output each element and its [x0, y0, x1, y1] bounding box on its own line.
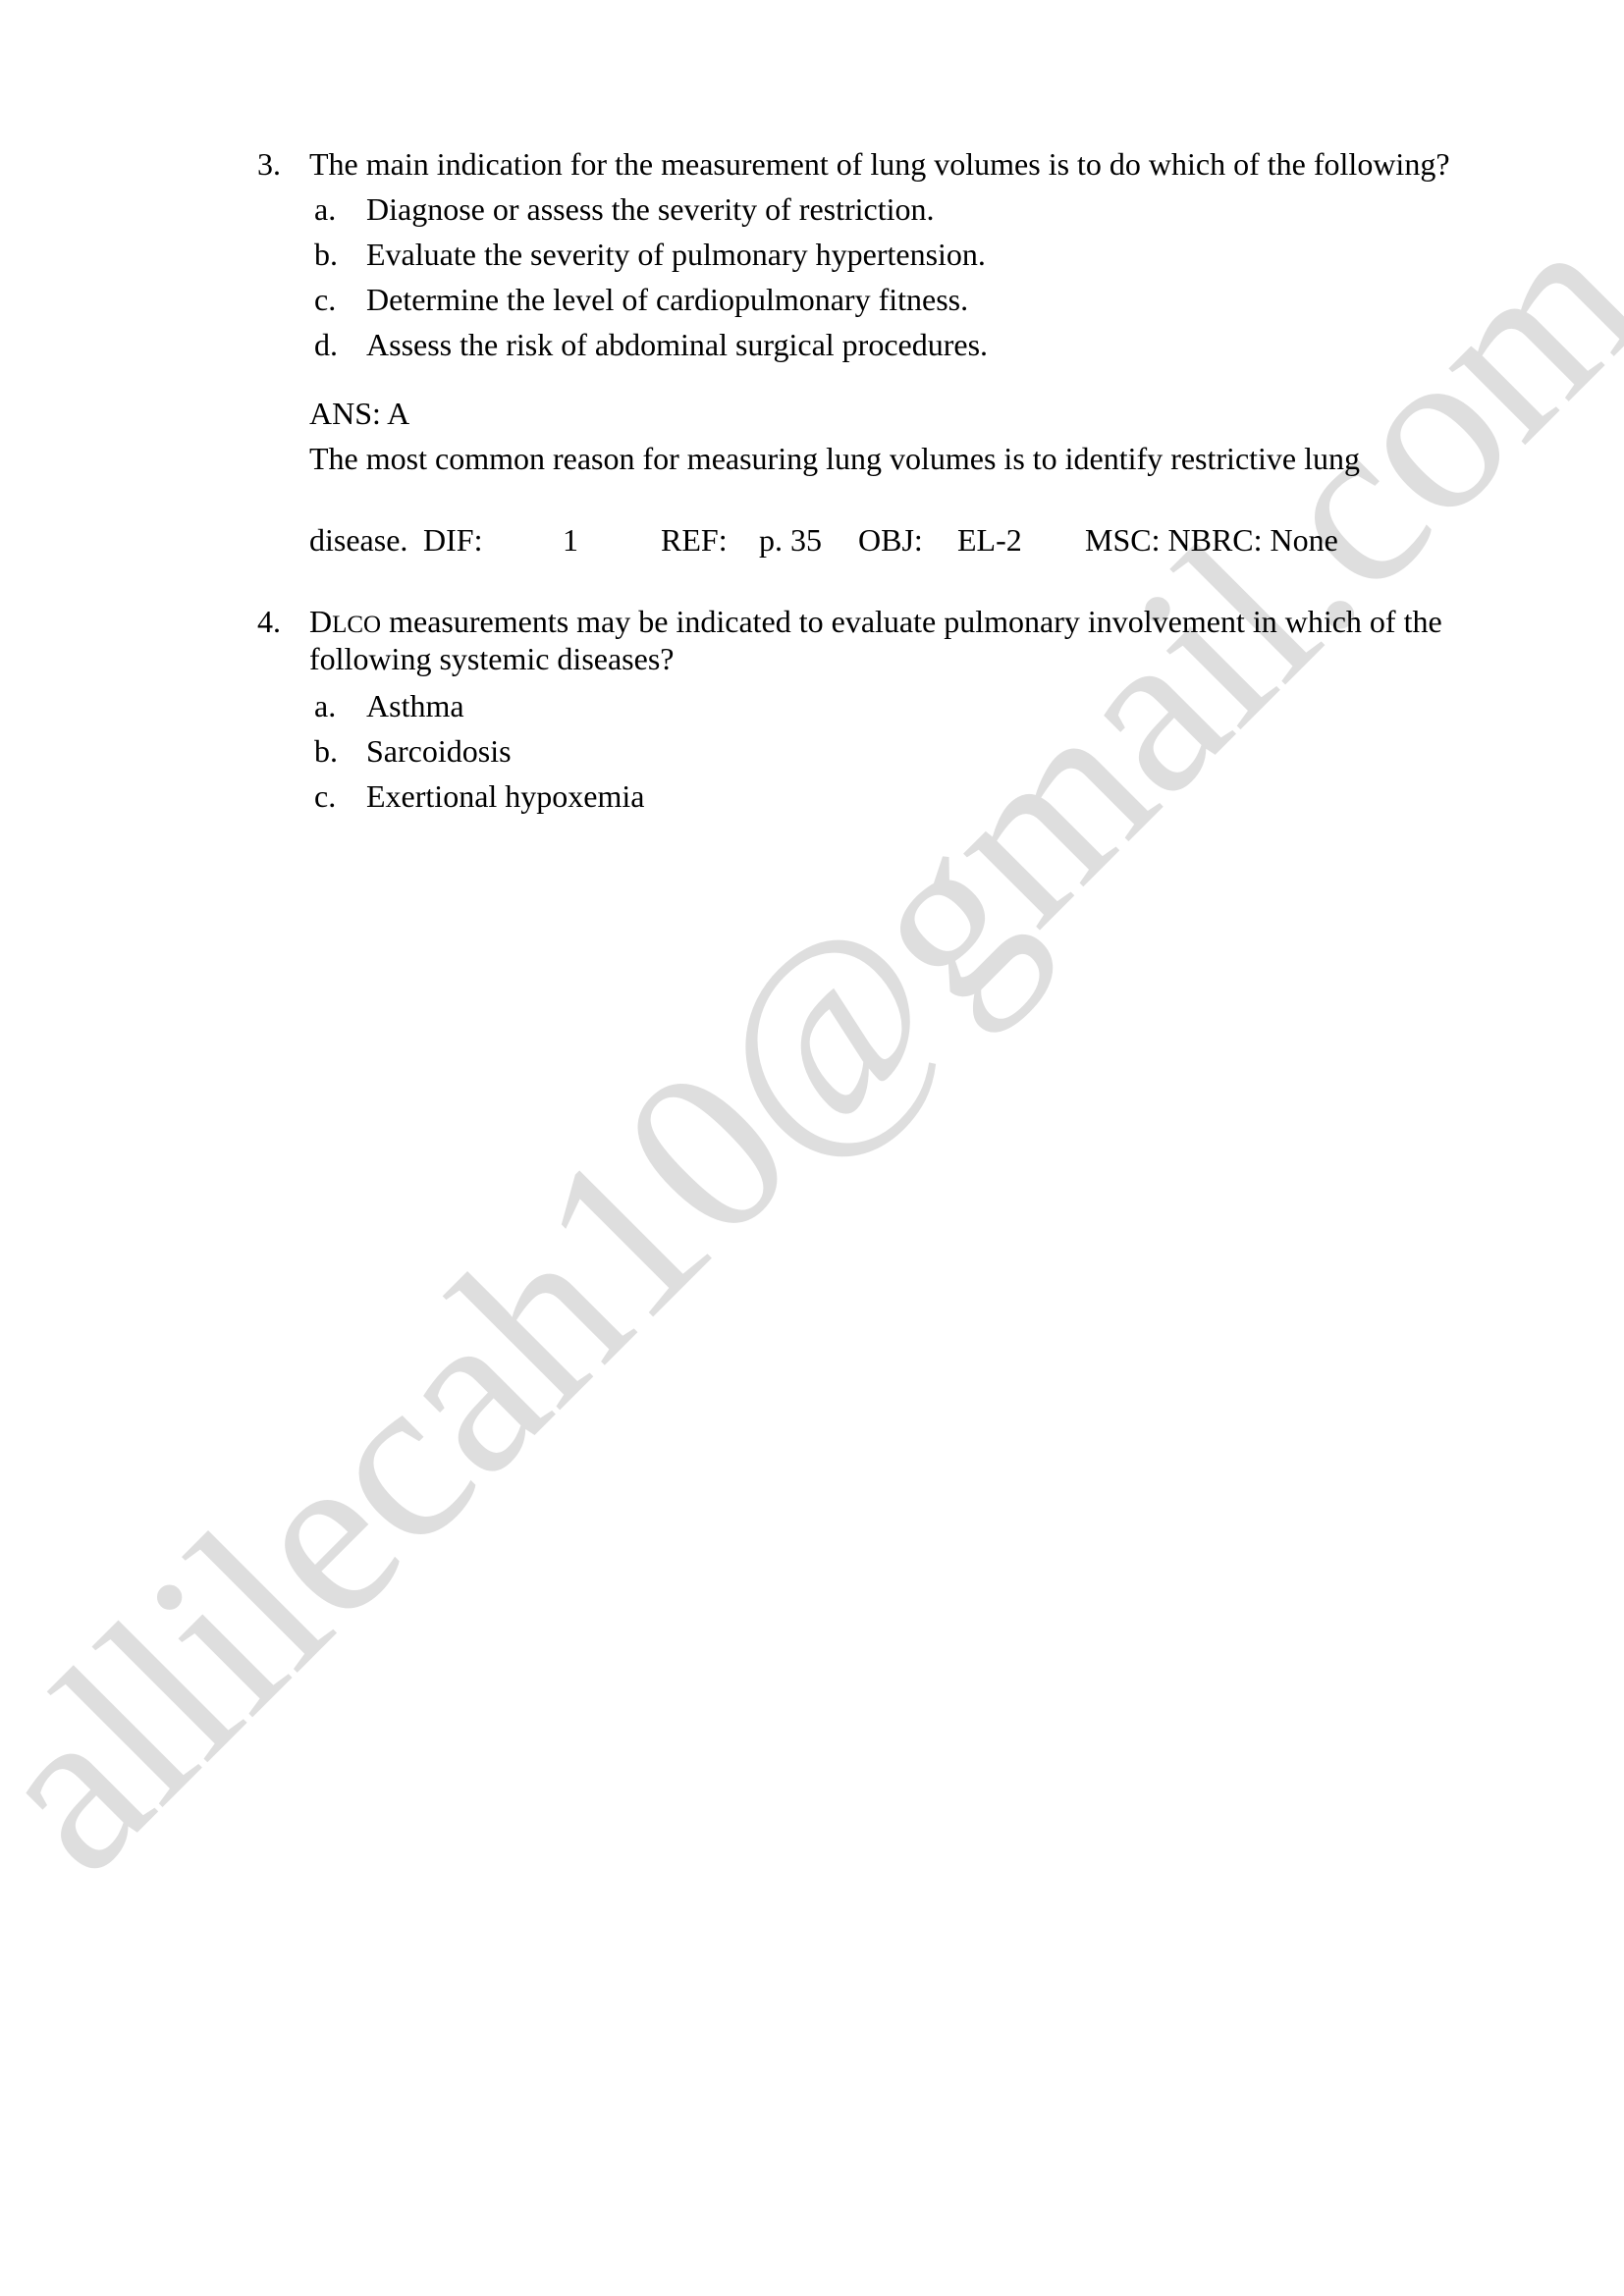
question-number: 3.: [257, 145, 281, 183]
ref-value: p. 35: [759, 521, 822, 559]
rationale-line-2: disease.: [309, 521, 407, 559]
question-stem: The main indication for the measurement …: [309, 145, 1586, 183]
answer-key: ANS: A: [309, 395, 409, 432]
dif-label: DIF:: [423, 521, 482, 559]
option-text: Diagnose or assess the severity of restr…: [366, 190, 935, 228]
obj-value: EL-2: [957, 521, 1022, 559]
watermark: allilecah10@gmail.com: [0, 168, 1624, 1922]
option-letter: a.: [314, 190, 336, 228]
option-letter: b.: [314, 732, 338, 770]
dlco-d: D: [309, 604, 332, 639]
option-text: Sarcoidosis: [366, 732, 512, 770]
question-number: 4.: [257, 603, 281, 640]
dlco-lco: LCO: [332, 612, 381, 638]
option-text: Exertional hypoxemia: [366, 777, 644, 815]
option-letter: b.: [314, 236, 338, 273]
option-text: Determine the level of cardiopulmonary f…: [366, 281, 968, 318]
stem-rest: measurements may be indicated to evaluat…: [381, 604, 1442, 639]
option-letter: c.: [314, 281, 336, 318]
dif-value: 1: [563, 521, 578, 559]
option-letter: c.: [314, 777, 336, 815]
question-stem-line-1: DLCO measurements may be indicated to ev…: [309, 603, 1586, 644]
msc-value: MSC: NBRC: None: [1085, 521, 1338, 559]
rationale-line-1: The most common reason for measuring lun…: [309, 440, 1360, 477]
option-text: Asthma: [366, 687, 464, 724]
option-letter: a.: [314, 687, 336, 724]
option-text: Assess the risk of abdominal surgical pr…: [366, 326, 988, 363]
option-letter: d.: [314, 326, 338, 363]
option-text: Evaluate the severity of pulmonary hyper…: [366, 236, 986, 273]
question-stem-line-2: following systemic diseases?: [309, 640, 1586, 677]
ref-label: REF:: [661, 521, 728, 559]
obj-label: OBJ:: [858, 521, 923, 559]
